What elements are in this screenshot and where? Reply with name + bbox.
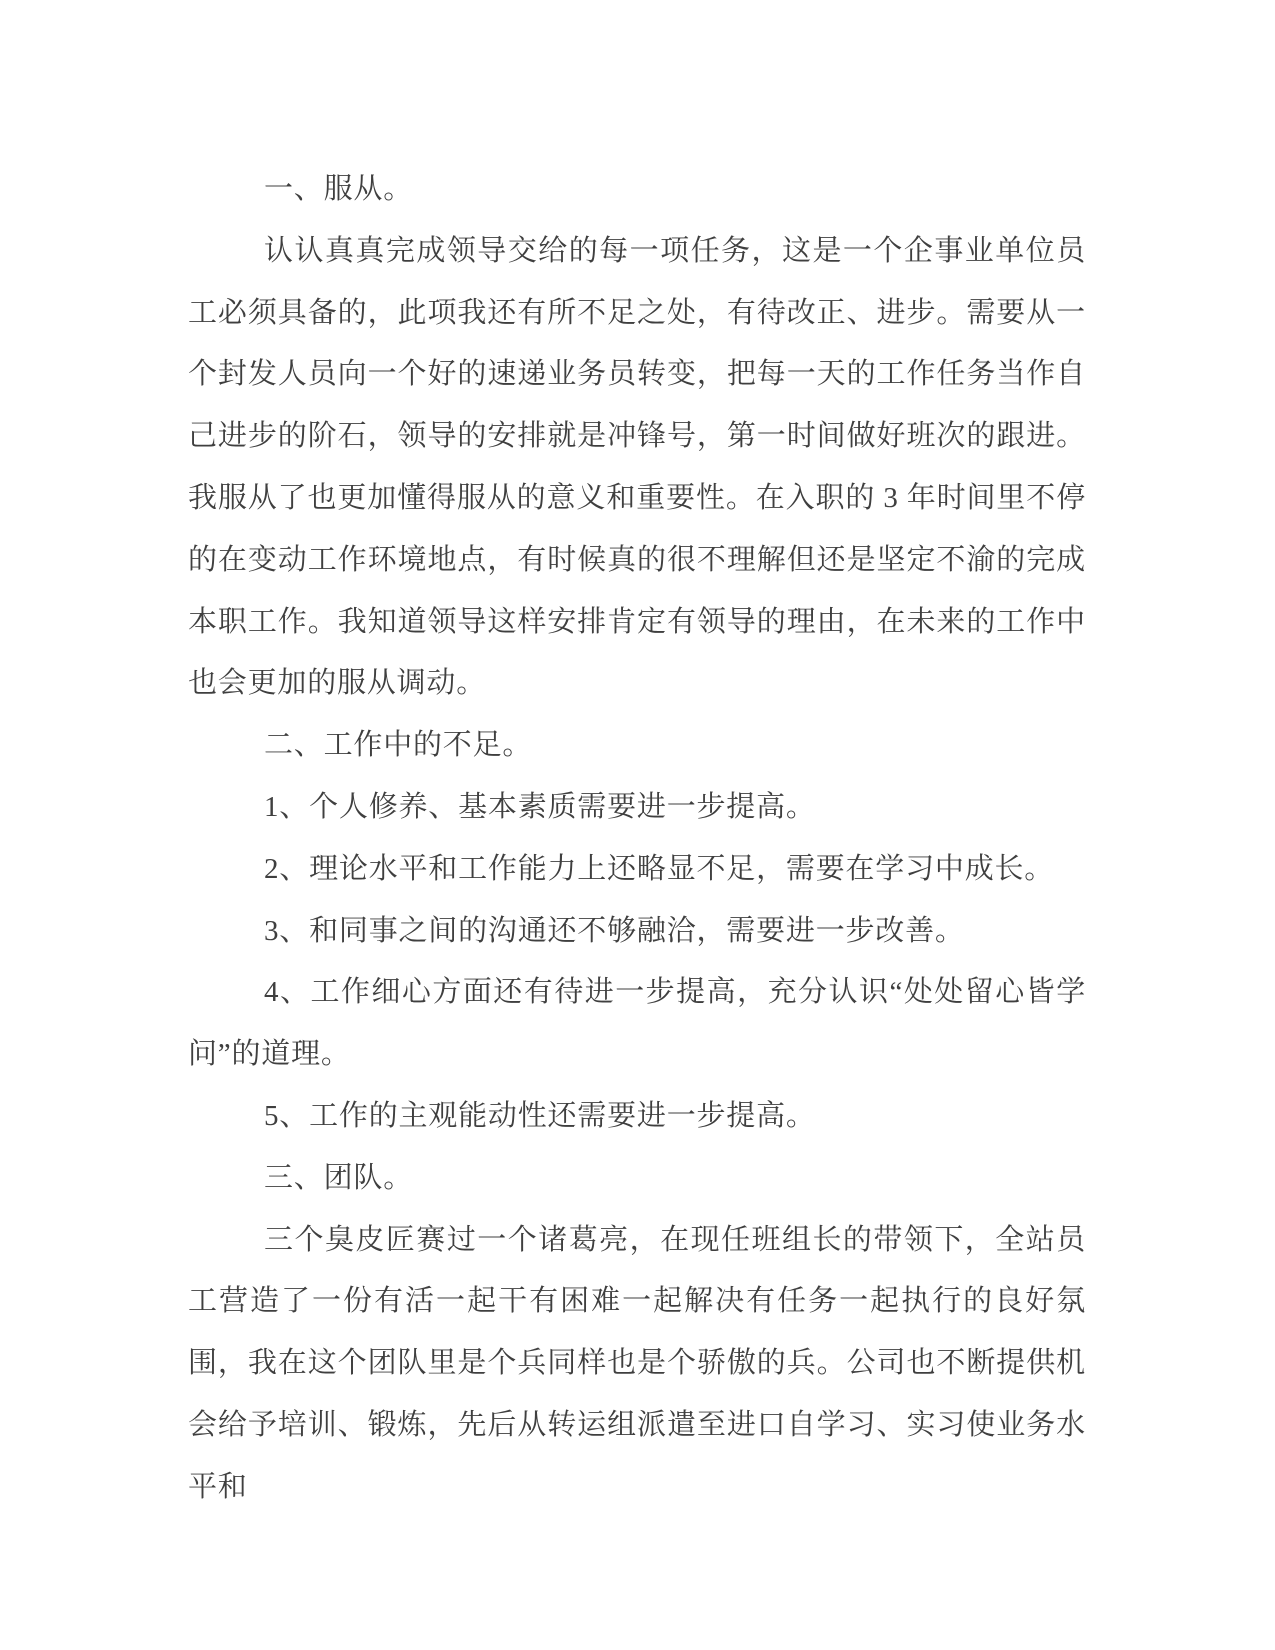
paragraph-list-item-1: 1、个人修养、基本素质需要进一步提高。 bbox=[188, 777, 1086, 839]
paragraph-body-obedience: 认认真真完成领导交给的每一项任务，这是一个企事业单位员工必须具备的，此项我还有所… bbox=[188, 221, 1086, 715]
paragraph-heading-obedience: 一、服从。 bbox=[188, 159, 1086, 221]
paragraph-list-item-2: 2、理论水平和工作能力上还略显不足，需要在学习中成长。 bbox=[188, 839, 1086, 901]
paragraph-body-team: 三个臭皮匠赛过一个诸葛亮，在现任班组长的带领下，全站员工营造了一份有活一起干有困… bbox=[188, 1210, 1086, 1519]
document-text-block: 一、服从。 认认真真完成领导交给的每一项任务，这是一个企事业单位员工必须具备的，… bbox=[188, 159, 1086, 1519]
paragraph-list-item-3: 3、和同事之间的沟通还不够融洽，需要进一步改善。 bbox=[188, 901, 1086, 963]
paragraph-list-item-5: 5、工作的主观能动性还需要进一步提高。 bbox=[188, 1086, 1086, 1148]
paragraph-heading-shortcomings: 二、工作中的不足。 bbox=[188, 715, 1086, 777]
paragraph-heading-team: 三、团队。 bbox=[188, 1148, 1086, 1210]
paragraph-list-item-4: 4、工作细心方面还有待进一步提高，充分认识“处处留心皆学问”的道理。 bbox=[188, 962, 1086, 1086]
document-page: 一、服从。 认认真真完成领导交给的每一项任务，这是一个企事业单位员工必须具备的，… bbox=[0, 0, 1275, 1650]
